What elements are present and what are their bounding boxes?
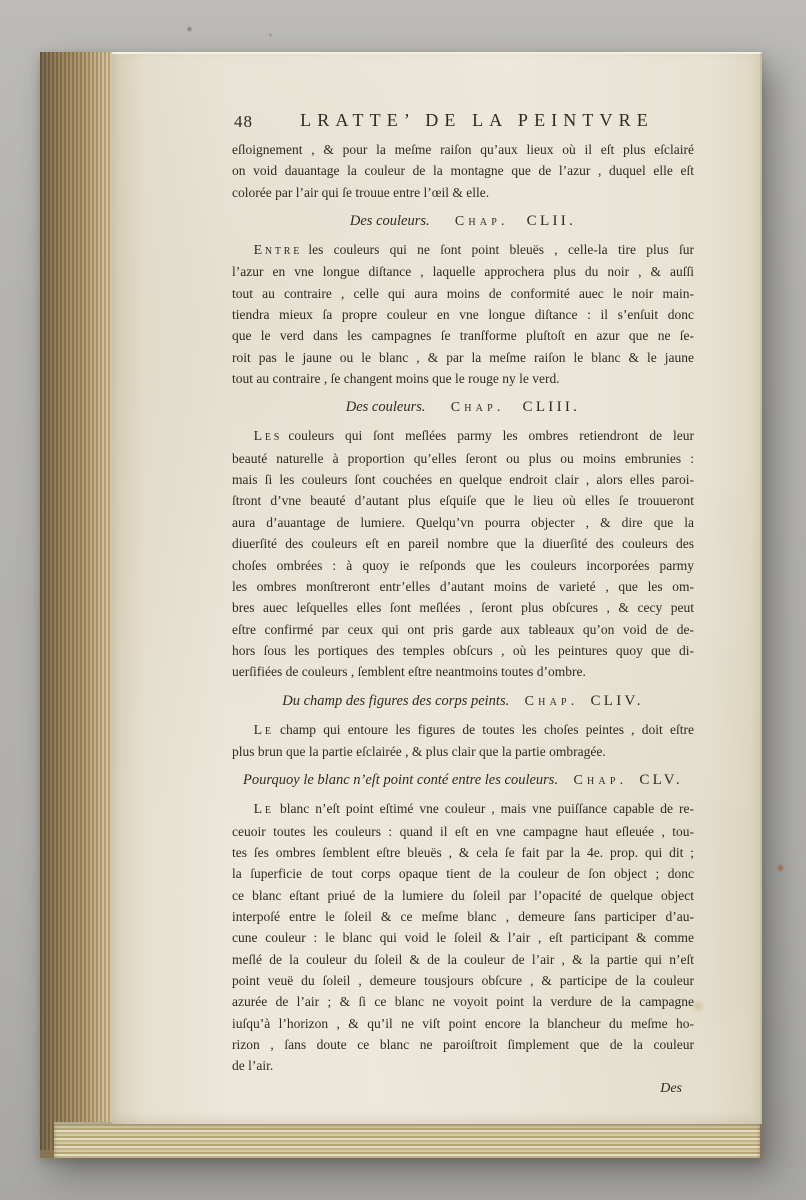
text-line: choſes ombrées : à quoy ie reſponds que … (232, 555, 694, 576)
chapter-title: Des couleurs. (350, 209, 430, 233)
text-line: l’azur en vne longue diſtance , laquelle… (232, 261, 694, 282)
chapter-heading-cliii: Des couleurs. Chap. CLIII. (232, 395, 694, 420)
foxing-stain (690, 1000, 706, 1012)
text-line: que le verd dans les campagnes ſe tranſf… (232, 325, 694, 346)
text-line: diuerſité des couleurs eſt en pareil nom… (232, 533, 694, 554)
text-line: Entreles couleurs qui ne ſont point bleu… (232, 239, 694, 261)
chapter-number: CLIII. (523, 395, 581, 419)
paragraph-cliv: Lechamp qui entoure les figures de toute… (232, 719, 694, 763)
text-line: interpoſé entre le ſoleil & ce meſme bla… (232, 906, 694, 927)
photo-background: 48 LRATTE’ DE LA PEINTVRE eſloignement ,… (0, 0, 806, 1200)
text: blanc n’eſt point eſtimé vne couleur , m… (280, 801, 694, 816)
chapter-label: Chap. (455, 210, 509, 234)
text-line: les ombres monſtreront entr’elles d’auta… (232, 576, 694, 597)
text-line: rizon , ſans doute ce blanc ne paroiſtro… (232, 1034, 694, 1055)
text-line: hors ſous les portiques des temples obſc… (232, 640, 694, 661)
text-line: eſloignement , & pour la meſme raiſon qu… (232, 139, 694, 160)
text-line: mais ſi les couleurs ſont couchées en qu… (232, 469, 694, 490)
paragraph-continuation: eſloignement , & pour la meſme raiſon qu… (232, 139, 694, 203)
text-line: on void dauantage la couleur de la monta… (232, 160, 694, 181)
text-line: Leblanc n’eſt point eſtimé vne couleur ,… (232, 798, 694, 820)
chapter-label: Chap. (525, 690, 579, 714)
text-line: uerſifiées de couleurs , ſemblent eſtre … (232, 661, 694, 682)
catchword: Des (232, 1078, 694, 1099)
text-line: eſtre confirmé par ceux qui ont pris gar… (232, 619, 694, 640)
paragraph-lines: beauté naturelle à proportion qu’elles ſ… (232, 448, 694, 683)
chapter-heading-clii: Des couleurs. Chap. CLII. (232, 209, 694, 234)
chapter-number: CLIV. (590, 689, 643, 713)
paragraph-lead: Le (254, 723, 274, 738)
text-line: de l’air. (232, 1055, 694, 1076)
chapter-heading-cliv: Du champ des figures des corps peints. C… (232, 689, 694, 714)
text: les couleurs qui ne ſont point bleuës , … (308, 242, 694, 257)
text-line: ce blanc eſtant priué de la lumiere du ſ… (232, 885, 694, 906)
paragraph-lines: plus brun que la partie eſclairée , & pl… (232, 741, 694, 762)
chapter-label: Chap. (573, 769, 627, 793)
text-line: Lechamp qui entoure les figures de toute… (232, 719, 694, 741)
page-header: 48 LRATTE’ DE LA PEINTVRE (232, 110, 694, 136)
paragraph-lines: l’azur en vne longue diſtance , laquelle… (232, 261, 694, 389)
text-line: meſlé de la couleur du ſoleil & de la co… (232, 949, 694, 970)
paragraph-clv: Leblanc n’eſt point eſtimé vne couleur ,… (232, 798, 694, 1076)
text-line: point veuë du ſoleil , demeure tousjours… (232, 970, 694, 991)
running-title: LRATTE’ DE LA PEINTVRE (232, 110, 694, 131)
dust-speck (268, 33, 273, 37)
text-line: iuſqu’à l’horizon , & qu’il ne viſt poin… (232, 1013, 694, 1034)
text-line: ſtront d’vne beauté d’autant plus eſquiſ… (232, 490, 694, 511)
page-number: 48 (234, 112, 253, 132)
text-line: aura d’auantage de lumiere. Quelqu’vn po… (232, 512, 694, 533)
text-line: la ſuperficie de tout corps opaque tient… (232, 863, 694, 884)
text-line: bres auec leſquelles elles ſont meſlées … (232, 597, 694, 618)
text-line: beauté naturelle à proportion qu’elles ſ… (232, 448, 694, 469)
text: champ qui entoure les figures de toutes … (280, 722, 694, 737)
text-line: plus brun que la partie eſclairée , & pl… (232, 741, 694, 762)
text-line: tiendra mieux ſa propre couleur en vne l… (232, 304, 694, 325)
text-line: tes ſes ombres ſemblent eſtre bleuës , &… (232, 842, 694, 863)
chapter-label: Chap. (451, 396, 505, 420)
book-page: 48 LRATTE’ DE LA PEINTVRE eſloignement ,… (112, 52, 762, 1124)
book-bottom-page-edges (54, 1122, 760, 1158)
red-margin-mark (777, 863, 784, 873)
text-line: azurée de l’air ; & ſi ce blanc ne voyoi… (232, 991, 694, 1012)
paragraph-clii: Entreles couleurs qui ne ſont point bleu… (232, 239, 694, 389)
chapter-heading-clv: Pourquoy le blanc n’eſt point conté entr… (232, 768, 694, 793)
text-line: cune couleur : le blanc qui void le ſole… (232, 927, 694, 948)
chapter-number: CLII. (527, 209, 576, 233)
paragraph-cliii: Lescouleurs qui ſont meſlées parmy les o… (232, 425, 694, 682)
text-line: colorée par l’air qui ſe trouue entre l’… (232, 182, 694, 203)
text-block: eſloignement , & pour la meſme raiſon qu… (232, 139, 694, 1099)
paragraph-lead: Le (254, 802, 274, 817)
book: 48 LRATTE’ DE LA PEINTVRE eſloignement ,… (40, 52, 762, 1158)
chapter-title: Pourquoy le blanc n’eſt point conté entr… (243, 768, 558, 792)
text: couleurs qui ſont meſlées parmy les ombr… (288, 428, 694, 443)
paragraph-lines: ceuoir toutes les couleurs : quand il eſ… (232, 821, 694, 1077)
text-line: ceuoir toutes les couleurs : quand il eſ… (232, 821, 694, 842)
paragraph-lead: Les (254, 429, 283, 444)
dust-speck (186, 26, 193, 32)
text-line: tout au contraire , ſe changent moins qu… (232, 368, 694, 389)
chapter-title: Du champ des figures des corps peints. (282, 689, 509, 713)
text-line: Lescouleurs qui ſont meſlées parmy les o… (232, 425, 694, 447)
text-line: tout au contraire , celle qui aura moins… (232, 283, 694, 304)
book-left-page-edges (40, 52, 114, 1150)
text-line: roit pas le jaune ou le blanc , & par la… (232, 347, 694, 368)
chapter-title: Des couleurs. (346, 395, 426, 419)
paragraph-lead: Entre (254, 243, 303, 258)
chapter-number: CLV. (639, 768, 683, 792)
